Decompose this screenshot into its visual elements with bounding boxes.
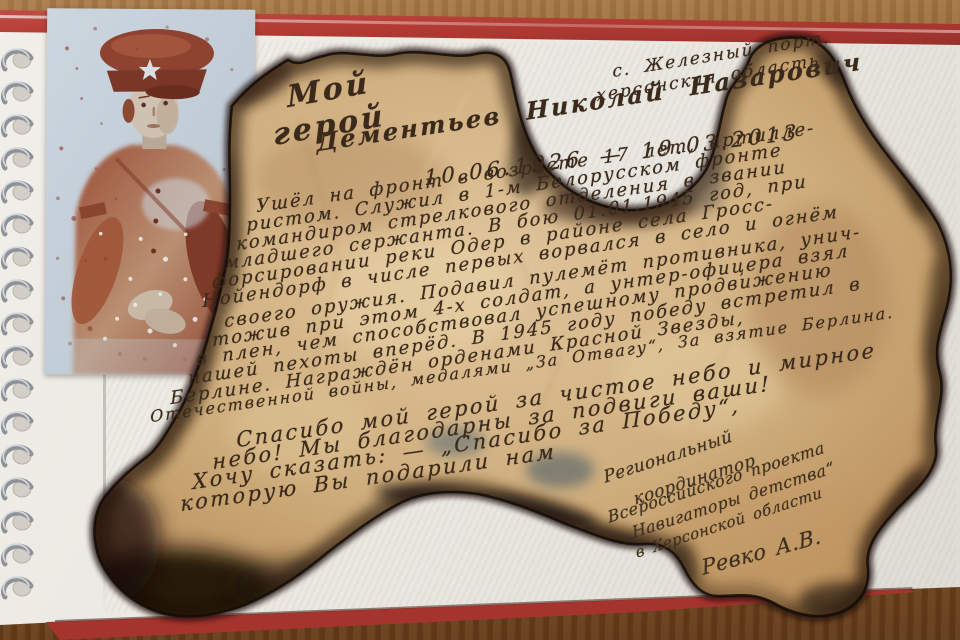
album-photograph: Мой герой с. Железный порт. херсонская о… [0,0,960,640]
